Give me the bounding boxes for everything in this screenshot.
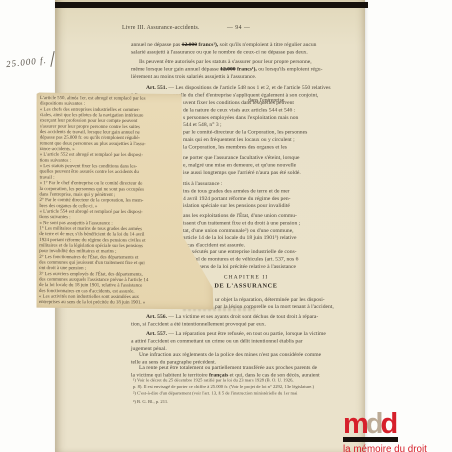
mdd-logo: mdd la mémoire du droit [343,411,427,452]
footnote-1-line-2: p. 8). Il est envisagé de porter ce chif… [133,383,314,389]
paragraph-article-556: Art. 556. — La victime et ses ayants dro… [131,313,318,328]
text-line: tat, d'une union communale²) ou d'une co… [183,227,300,234]
bold-run: francs¹), [197,42,218,48]
article-number: Art. 557. [146,331,167,337]
text-line: de la nature de ceux visés aux articles … [183,106,307,113]
text-line: ans les exploitations de l'État, d'une u… [183,212,300,219]
text-run: — La réparation peut être refusée, en to… [167,331,326,337]
text-line: Art. 556. — La victime et ses ayants dro… [131,313,318,321]
text-line: ne porter que l'assurance facultative s'… [183,154,301,161]
text-line: dustriel de montures et de véhicules (ar… [183,255,298,262]
handwritten-margin-note: 25.000 f. [6,55,48,69]
bold-run: francs¹), [236,66,257,72]
article-number: Art. 551. [146,85,167,91]
text-line: la Corporation, les membres des organes … [183,143,307,150]
text-line: Ils peuvent être autorisés par les statu… [131,58,322,66]
scanned-book-page: Livre III. Assurance-accidents. — 94 — 2… [0,0,452,452]
text-line: uvent fixer les conditions dans lesquell… [183,99,307,106]
text-line: tion, si l'accident a été intentionnelle… [131,321,318,329]
footnote-1-line-1: ¹) Voir le décret du 25 décembre 1925 ra… [133,377,314,383]
text-run: — Les dispositions de l'article 548 nos … [167,85,331,91]
text-line: s personnes employées dans l'exploitatio… [183,114,307,121]
text-line: par le comité-directeur de la Corporatio… [183,129,307,136]
text-line: ise aussi longtemps que l'arriéré n'aura… [183,169,301,176]
text-line: 544 et 548, n° 3 ; [183,121,307,128]
text-line: a attiré l'accident en commettant un cri… [131,338,326,346]
text-fragments-block-4: ans les exploitations de l'État, d'une u… [183,212,300,249]
text-line: es exécutés par une entreprise industrie… [183,248,298,255]
article-number: Art. 556. [146,314,167,320]
text-fragments-block-1: uvent fixer les conditions dans lesquell… [183,99,307,151]
scan-edge-strip [55,2,368,8]
paragraph-article-557: Art. 557. — La réparation peut être refu… [131,330,326,353]
text-line: ins de tous grades des armées de terre e… [183,187,290,194]
text-line: article 14 de la loi locale du 18 juin 1… [183,234,300,241]
text-line: salarié assujetti à l'assurance ou que l… [131,49,316,57]
paragraph-autorisation-statuts: Ils peuvent être autorisés par les statu… [131,58,322,81]
mdd-logo-letters: mdd [343,411,427,438]
text-line: 4 avril 1924 portant réforme du régime d… [183,195,290,202]
slip-text: L'article 550, alinéa 1er, est abrogé et… [35,93,186,306]
text-run: même lorsque leur gain annuel dépasse [131,66,220,72]
text-line: entreprises au sens de la loi précitée d… [39,299,185,305]
text-line: issent d'un traitement fixe et du droit … [183,219,300,226]
text-line: Art. 551. — Les dispositions de l'articl… [131,84,331,92]
footnote-3: ³) B. G. Bl., p. 211. [133,399,314,405]
text-line: même lorsque leur gain annuel dépasse 12… [131,66,322,74]
paragraph-gain-annuel: annuel ne dépasse pas 12.000 francs¹), s… [131,41,316,56]
text-line: Art. 557. — La réparation peut être refu… [131,330,326,338]
text-line: islation spéciale sur les pensions pour … [183,202,290,209]
text-fragments-block-2: ne porter que l'assurance facultative s'… [183,154,301,176]
text-run: soit qu'ils n'emploient à titre régulier… [218,42,316,48]
text-line: lièrement au moins trois salariés assuje… [131,73,322,81]
text-line: Une infraction aux règlements de la poli… [131,351,321,359]
logo-letter-d2: d [381,408,396,440]
text-run: — La victime et ses ayants droit sont dé… [167,314,318,320]
running-head: Livre III. Assurance-accidents. [122,24,200,31]
footnotes: ¹) Voir le décret du 25 décembre 1925 ra… [133,377,314,405]
footnote-2: ²) C'est-à-dire d'un département (voir l… [133,390,314,396]
text-fragments-block-3: ttis à l'assurance :ins de tous grades d… [183,180,290,210]
text-line: mais qui en fréquentent les locaux ou y … [183,136,307,143]
logo-letter-m: m [343,408,366,440]
text-line: e, malgré une mise en demeure, et qu'une… [183,161,301,168]
page-number: — 94 — [227,24,250,31]
struck-amount: 12.000 [220,66,235,72]
text-line: ur objet la réparation, déterminée par l… [215,296,334,303]
logo-tagline: la mémoire du droit [343,444,427,452]
text-run: ou lorsqu'ils emploient régu- [257,66,323,72]
text-line: annuel ne dépasse pas 12.000 francs¹), s… [131,41,316,49]
text-run: annuel ne dépasse pas [131,42,182,48]
logo-letter-d1: d [366,408,381,440]
text-line: ttis à l'assurance : [183,180,290,187]
struck-amount: 12.000 [182,42,197,48]
text-line: La rente peut être totalement ou partiel… [131,364,320,372]
